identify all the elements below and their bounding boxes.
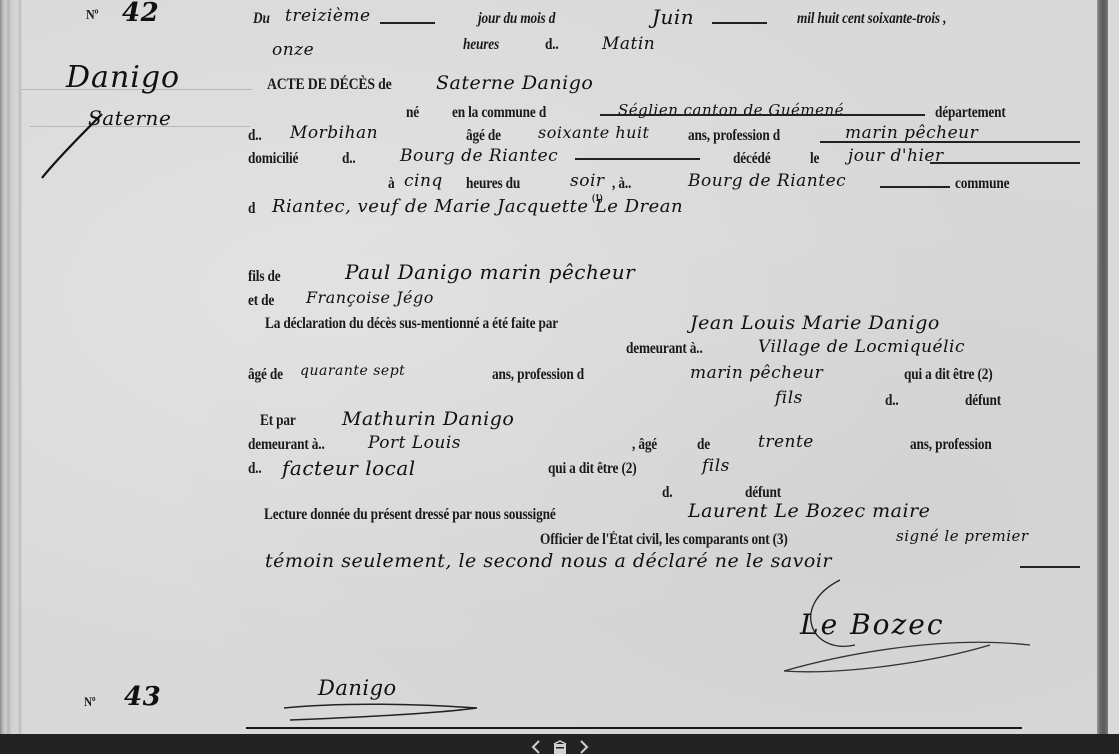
hand-signature-note: témoin seulement, le second nous a décla… <box>265 550 832 572</box>
printed-defunt: défunt <box>965 392 1001 410</box>
hand-signed: signé le premier <box>896 527 1029 545</box>
hand-age-1: quarante sept <box>300 363 405 379</box>
printed-du: Du <box>253 10 270 28</box>
printed-year: mil huit cent soixante-trois , <box>797 10 946 28</box>
printed-le: le <box>810 150 819 168</box>
printed-officier: Officier de l'État civil, les comparants… <box>540 531 788 549</box>
page-info-button[interactable] <box>551 734 569 754</box>
next-page-button[interactable] <box>579 734 589 754</box>
printed-qui-a-dit: qui a dit être (2) <box>904 366 992 384</box>
printed-demeurant: demeurant à.. <box>248 436 325 454</box>
flourish-stroke <box>36 110 106 182</box>
fill-line <box>930 162 1080 164</box>
printed-d: d.. <box>248 127 262 145</box>
hand-domicile: Bourg de Riantec <box>400 146 558 166</box>
hand-month: Juin <box>652 5 694 29</box>
printed-jour-du-mois: jour du mois d <box>478 10 555 28</box>
next-entry-label: Nº <box>84 694 95 710</box>
printed-decede: décédé <box>733 150 770 168</box>
printed-heures: heures <box>463 36 499 54</box>
signature-flourish <box>780 575 1040 685</box>
printed-commune: en la commune d <box>452 104 546 122</box>
hand-birth-commune: Séglien canton de Guémené <box>618 101 844 119</box>
hand-residence-2: Port Louis <box>368 433 461 453</box>
printed-d: d.. <box>885 392 899 410</box>
printed-demeurant: demeurant à.. <box>626 340 703 358</box>
printed-et-de: et de <box>248 292 274 310</box>
printed-profession: ans, profession d <box>492 366 584 384</box>
hand-age: soixante huit <box>538 123 649 142</box>
strike-line <box>600 114 925 116</box>
printed-lecture-donnee: Lecture donnée du présent dressé par nou… <box>264 506 556 524</box>
hand-declarant-2: Mathurin Danigo <box>342 408 514 430</box>
witness-signature: Danigo <box>318 676 397 700</box>
printed-age: âgé de <box>466 127 501 145</box>
scanned-page: Nº 42 Danigo Saterne Du treizième jour d… <box>0 0 1108 734</box>
printed-profession: ans, profession <box>910 436 992 454</box>
viewer-toolbar <box>0 734 1119 754</box>
printed-de: de <box>697 436 710 454</box>
printed-profession: ans, profession d <box>688 127 780 145</box>
hand-deceased-name: Saterne Danigo <box>436 72 593 94</box>
hand-department: Morbihan <box>290 123 378 143</box>
binding-edge <box>0 0 22 734</box>
hand-profession-1: marin pêcheur <box>690 363 823 383</box>
hand-death-place: Bourg de Riantec <box>688 171 846 191</box>
document-viewer[interactable]: Nº 42 Danigo Saterne Du treizième jour d… <box>0 0 1119 734</box>
entry-separator <box>246 727 1022 729</box>
hand-day: treizième <box>285 6 371 26</box>
hand-profession-2: facteur local <box>282 456 416 480</box>
printed-d: d.. <box>248 460 262 478</box>
printed-age-de: âgé de <box>248 366 283 384</box>
hand-period: Matin <box>602 34 655 54</box>
hand-relation-1: fils <box>775 388 803 408</box>
hand-mother: Françoise Jégo <box>306 288 434 307</box>
printed-a: à <box>388 175 395 193</box>
hand-profession: marin pêcheur <box>845 123 978 143</box>
previous-page-button[interactable] <box>531 734 541 754</box>
hand-relation-2: fils <box>702 456 730 476</box>
printed-d: d.. <box>545 36 559 54</box>
document-icon <box>551 740 569 754</box>
act-title: ACTE DE DÉCÈS de <box>267 76 392 94</box>
strike-line <box>575 158 700 160</box>
chevron-left-icon <box>531 740 541 754</box>
printed-d: d. <box>662 484 672 502</box>
chevron-right-icon <box>579 740 589 754</box>
page-edge <box>1097 0 1108 734</box>
fill-line <box>712 22 767 24</box>
hand-hour: onze <box>272 40 314 60</box>
printed-departement: département <box>935 104 1006 122</box>
entry-number: 42 <box>122 0 159 28</box>
entry-number-label: Nº <box>86 8 98 24</box>
fill-line <box>380 22 435 24</box>
printed-a-place: , à.. <box>612 175 631 193</box>
printed-declaration: La déclaration du décès sus-mentionné a … <box>265 315 558 333</box>
hand-officer: Laurent Le Bozec maire <box>688 500 930 522</box>
margin-surname: Danigo <box>66 60 180 95</box>
printed-ne: né <box>406 104 419 122</box>
hand-death-commune-widow: Riantec, veuf de Marie Jacquette Le Drea… <box>272 196 683 217</box>
fill-line <box>820 141 1080 143</box>
printed-d: d.. <box>342 150 356 168</box>
next-entry-number: 43 <box>124 682 161 712</box>
hand-declarant-1: Jean Louis Marie Danigo <box>690 312 940 334</box>
hand-age-2: trente <box>758 432 814 452</box>
printed-et-par: Et par <box>260 412 296 430</box>
fill-line <box>1020 566 1080 568</box>
witness-flourish <box>282 700 482 724</box>
printed-domicilie: domicilié <box>248 150 298 168</box>
printed-age: , âgé <box>632 436 657 454</box>
hand-death-period: soir <box>570 171 605 191</box>
printed-fils-de: fils de <box>248 268 281 286</box>
note-marker: (1) <box>592 192 603 204</box>
hand-death-hour: cinq <box>404 171 443 191</box>
printed-d: d <box>248 200 255 218</box>
printed-commune: commune <box>955 175 1009 193</box>
printed-heures-du: heures du <box>466 175 520 193</box>
hand-father: Paul Danigo marin pêcheur <box>345 260 635 284</box>
hand-residence-1: Village de Locmiquélic <box>758 337 965 357</box>
fill-line <box>880 186 950 188</box>
printed-qui-a-dit: qui a dit être (2) <box>548 460 636 478</box>
